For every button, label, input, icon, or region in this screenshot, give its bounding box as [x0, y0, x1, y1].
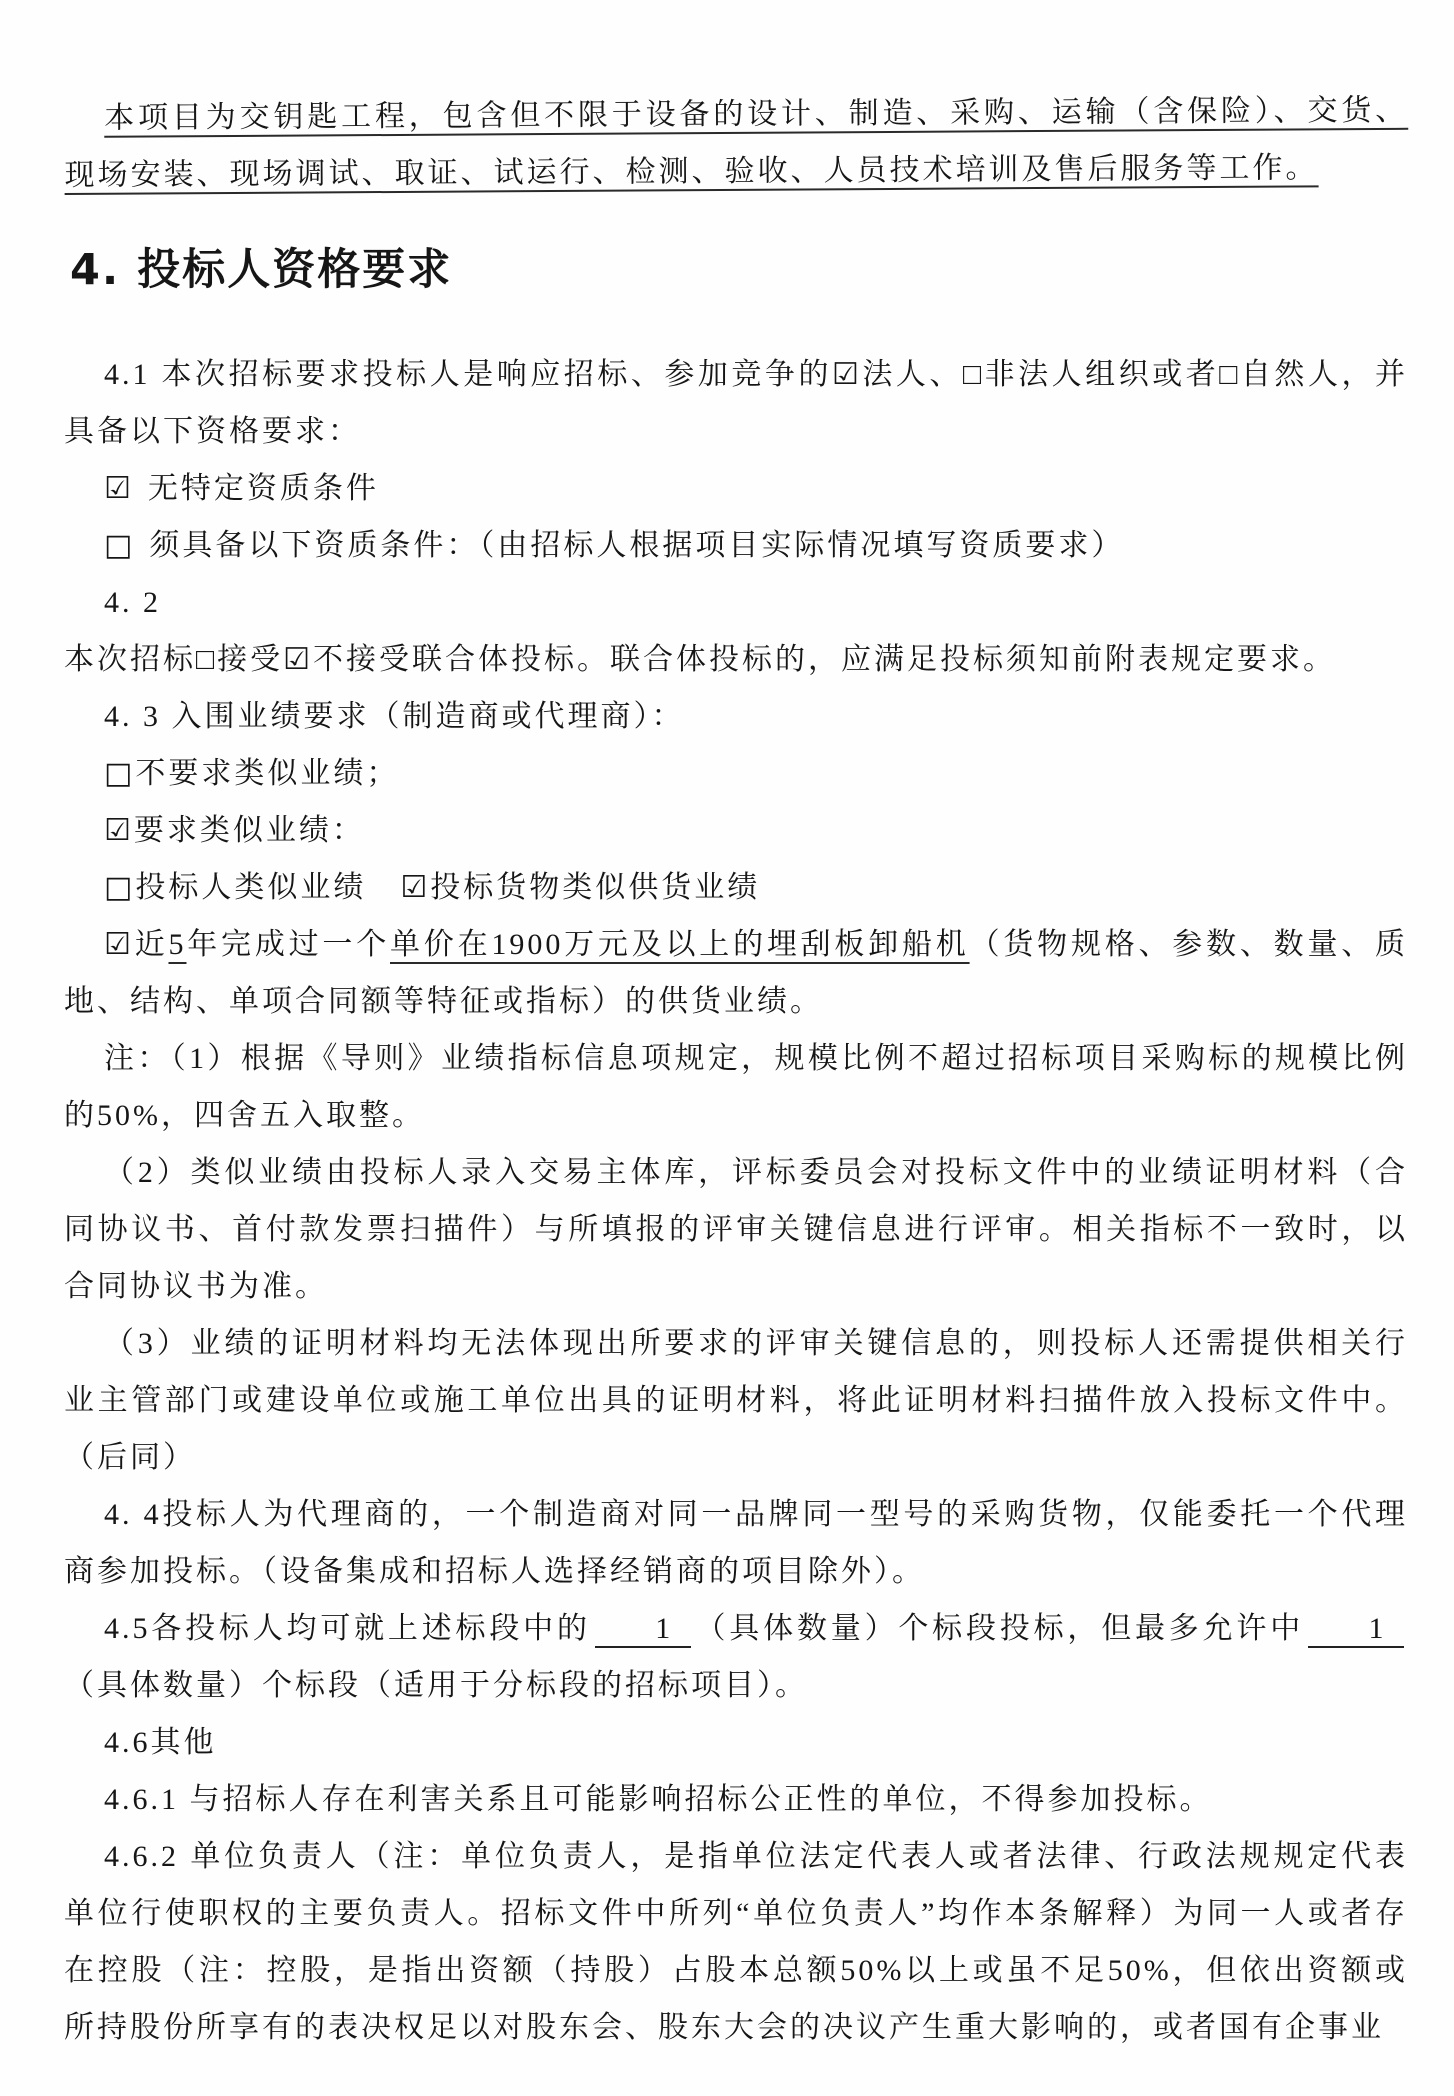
- checkbox-checked-icon: ☑: [400, 870, 430, 905]
- item-label: 无特定资质条件: [148, 472, 379, 505]
- perf-text: 近: [134, 928, 169, 961]
- document-page: 本项目为交钥匙工程，包含但不限于设备的设计、制造、采购、运输（含保险）、交货、现…: [0, 0, 1454, 2096]
- item-label: 投标人类似业绩: [135, 871, 366, 904]
- item-no-similar-performance: □不要求类似业绩；: [64, 745, 1408, 802]
- item-performance-type: □投标人类似业绩☑投标货物类似供货业绩: [64, 859, 1408, 916]
- perf-scope-underlined: 单价在1900万元及以上的埋刮板卸船机: [390, 928, 970, 961]
- paragraph-4-4: 4. 4投标人为代理商的，一个制造商对同一品牌同一型号的采购货物，仅能委托一个代…: [64, 1486, 1408, 1600]
- clause-4-2-number: 4. 2: [64, 574, 1408, 631]
- intro-paragraph: 本项目为交钥匙工程，包含但不限于设备的设计、制造、采购、运输（含保险）、交货、现…: [64, 82, 1409, 204]
- fill-in-blank-max-award-count: 1: [1308, 1612, 1404, 1648]
- section-heading: 4. 投标人资格要求: [70, 244, 1408, 296]
- fill-in-blank-sections-count: 1: [595, 1612, 691, 1648]
- note-1: 注：（1）根据《导则》业绩指标信息项规定，规模比例不超过招标项目采购标的规模比例…: [64, 1030, 1408, 1144]
- paragraph-4-3: 4. 3 入围业绩要求（制造商或代理商）：: [64, 688, 1408, 745]
- intro-text: 本项目为交钥匙工程，包含但不限于设备的设计、制造、采购、运输（含保险）、交货、现…: [64, 94, 1408, 192]
- paragraph-4-2: 本次招标□接受☑不接受联合体投标。联合体投标的，应满足投标须知前附表规定要求。: [64, 631, 1408, 688]
- item-label: 不要求类似业绩；: [135, 757, 399, 790]
- item-label: 投标货物类似供货业绩: [430, 871, 760, 904]
- paragraph-4-6-2: 4.6.2 单位负责人（注：单位负责人，是指单位法定代表人或者法律、行政法规规定…: [64, 1828, 1408, 2056]
- paragraph-4-6-1: 4.6.1 与招标人存在利害关系且可能影响招标公正性的单位，不得参加投标。: [64, 1771, 1408, 1828]
- note-3: （3）业绩的证明材料均无法体现出所要求的评审关键信息的，则投标人还需提供相关行业…: [64, 1315, 1408, 1486]
- item-label: 要求类似业绩：: [134, 814, 365, 847]
- p45-text: （具体数量）个标段投标，但最多允许中: [695, 1612, 1304, 1645]
- checkbox-checked-icon: ☑: [104, 471, 134, 506]
- checkbox-unchecked-icon: □: [104, 870, 135, 905]
- perf-years-underlined: 5: [168, 928, 186, 961]
- paragraph-4-1: 4.1 本次招标要求投标人是响应招标、参加竞争的☑法人、□非法人组织或者□自然人…: [64, 346, 1408, 460]
- paragraph-4-6: 4.6其他: [64, 1714, 1408, 1771]
- perf-text: 年完成过一个: [186, 928, 390, 961]
- item-need-qualification: □须具备以下资质条件：（由招标人根据项目实际情况填写资质要求）: [64, 517, 1408, 574]
- checkbox-checked-icon: ☑: [104, 927, 134, 962]
- item-no-qualification: ☑无特定资质条件: [64, 460, 1408, 517]
- paragraph-4-5: 4.5各投标人均可就上述标段中的1（具体数量）个标段投标，但最多允许中1（具体数…: [64, 1600, 1408, 1714]
- item-require-similar-performance: ☑要求类似业绩：: [64, 802, 1408, 859]
- checkbox-unchecked-icon: □: [104, 528, 135, 563]
- p45-text: （具体数量）个标段（适用于分标段的招标项目）。: [64, 1669, 808, 1702]
- note-2: （2）类似业绩由投标人录入交易主体库，评标委员会对投标文件中的业绩证明材料（合同…: [64, 1144, 1408, 1315]
- item-label: 须具备以下资质条件：（由招标人根据项目实际情况填写资质要求）: [149, 529, 1124, 562]
- paragraph-performance-requirement: ☑近5年完成过一个单价在1900万元及以上的埋刮板卸船机（货物规格、参数、数量、…: [64, 916, 1408, 1030]
- p45-text: 4.5各投标人均可就上述标段中的: [104, 1612, 591, 1645]
- checkbox-unchecked-icon: □: [104, 756, 135, 791]
- checkbox-checked-icon: ☑: [104, 813, 134, 848]
